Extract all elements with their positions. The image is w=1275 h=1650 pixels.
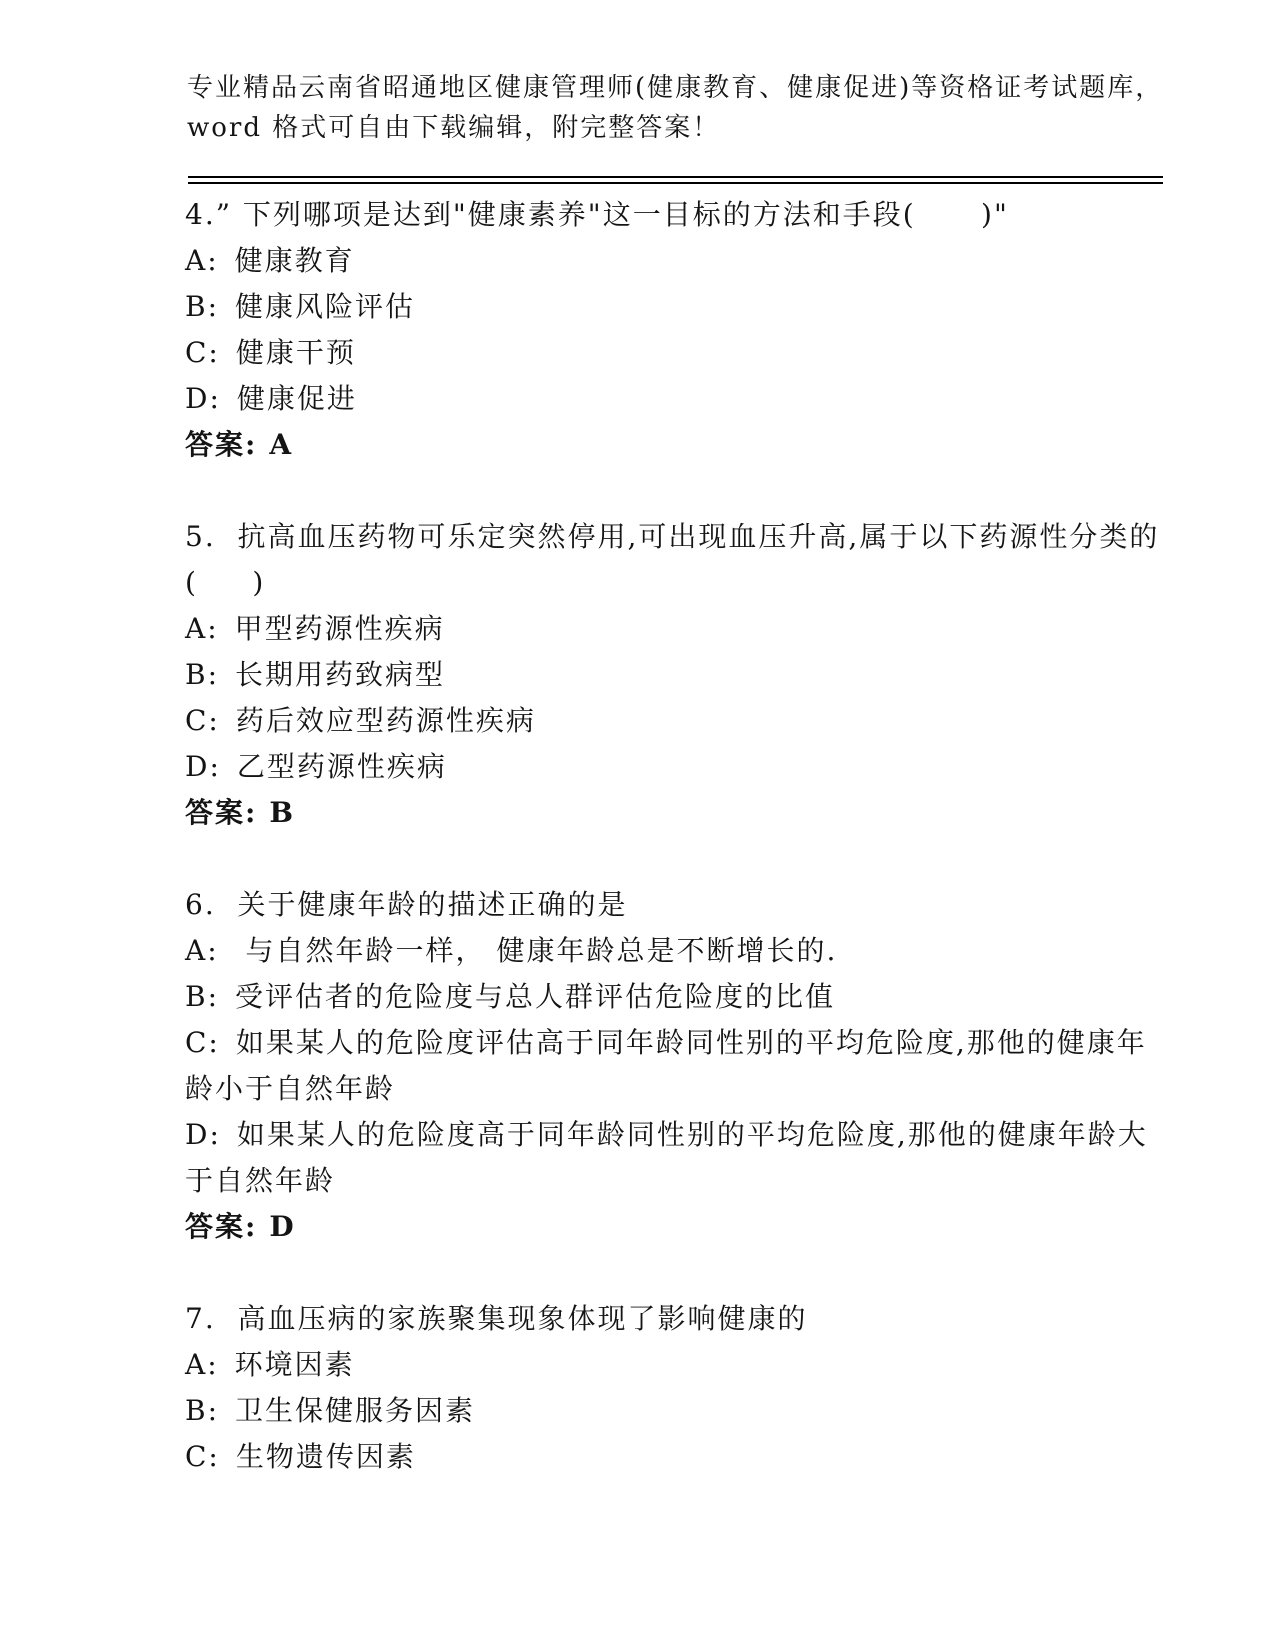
option-label: D: [185,382,221,415]
option-text: 健康促进 [237,382,357,415]
option-text: 如果某人的危险度高于同年龄同性别的平均危险度,那他的健康年龄大于自然年龄 [185,1118,1148,1197]
option-text: 长期用药致病型 [235,658,445,691]
answer-value: B [269,796,295,829]
option-label: A: [185,934,219,967]
header-line-1: 专业精品云南省昭通地区健康管理师(健康教育、健康促进)等资格证考试题库， [187,68,1177,108]
option-text: 健康教育 [235,244,355,277]
option-line: D:如果某人的危险度高于同年龄同性别的平均危险度,那他的健康年龄大于自然年龄 [185,1112,1163,1204]
answer-line: 答案:B [185,790,1163,836]
option-label: B: [185,980,219,1013]
option-line: C:健康干预 [185,330,1163,376]
option-text: 环境因素 [235,1348,355,1381]
option-line: C:生物遗传因素 [185,1434,1163,1480]
option-line: B:受评估者的危险度与总人群评估危险度的比值 [185,974,1163,1020]
option-text: 生物遗传因素 [236,1440,416,1473]
option-line: C:药后效应型药源性疾病 [185,698,1163,744]
question-7: 7. 高血压病的家族聚集现象体现了影响健康的 A:环境因素 B:卫生保健服务因素… [185,1296,1163,1480]
option-text: 受评估者的危险度与总人群评估危险度的比值 [235,980,835,1013]
header-line-2: word 格式可自由下载编辑，附完整答案！ [187,108,1177,148]
option-text: 乙型药源性疾病 [237,750,447,783]
option-label: D: [185,1118,221,1151]
option-line: B:长期用药致病型 [185,652,1163,698]
option-label: C: [185,1026,220,1059]
option-line: A:甲型药源性疾病 [185,606,1163,652]
document-body: 4.” 下列哪项是达到"健康素养"这一目标的方法和手段( )" A:健康教育 B… [185,192,1163,1480]
question-stem: 4.” 下列哪项是达到"健康素养"这一目标的方法和手段( )" [185,192,1163,238]
question-stem: 6. 关于健康年龄的描述正确的是 [185,882,1163,928]
option-line: A: 与自然年龄一样， 健康年龄总是不断增长的. [185,928,1163,974]
answer-value: A [269,428,293,461]
option-text: 健康风险评估 [235,290,415,323]
option-line: B:卫生保健服务因素 [185,1388,1163,1434]
option-text: 卫生保健服务因素 [235,1394,475,1427]
option-label: D: [185,750,221,783]
answer-line: 答案:D [185,1204,1163,1250]
answer-label: 答案: [185,428,257,461]
option-label: C: [185,336,220,369]
option-text: 如果某人的危险度评估高于同年龄同性别的平均危险度,那他的健康年龄小于自然年龄 [185,1026,1147,1105]
option-label: A: [185,612,219,645]
option-label: C: [185,704,220,737]
option-line: A:环境因素 [185,1342,1163,1388]
option-line: C:如果某人的危险度评估高于同年龄同性别的平均危险度,那他的健康年龄小于自然年龄 [185,1020,1163,1112]
option-text: 健康干预 [236,336,356,369]
answer-label: 答案: [185,796,257,829]
option-label: B: [185,658,219,691]
page-header: 专业精品云南省昭通地区健康管理师(健康教育、健康促进)等资格证考试题库， wor… [187,68,1177,148]
question-4: 4.” 下列哪项是达到"健康素养"这一目标的方法和手段( )" A:健康教育 B… [185,192,1163,468]
question-5: 5. 抗高血压药物可乐定突然停用,可出现血压升高,属于以下药源性分类的( ) A… [185,514,1163,836]
option-label: B: [185,1394,219,1427]
option-label: A: [185,244,219,277]
answer-label: 答案: [185,1210,257,1243]
option-line: A:健康教育 [185,238,1163,284]
option-text: 药后效应型药源性疾病 [236,704,536,737]
header-separator-rule [188,176,1163,184]
option-text: 与自然年龄一样， 健康年龄总是不断增长的. [235,934,838,967]
question-stem: 5. 抗高血压药物可乐定突然停用,可出现血压升高,属于以下药源性分类的( ) [185,514,1163,606]
option-line: B:健康风险评估 [185,284,1163,330]
option-label: C: [185,1440,220,1473]
question-6: 6. 关于健康年龄的描述正确的是 A: 与自然年龄一样， 健康年龄总是不断增长的… [185,882,1163,1250]
answer-value: D [269,1210,295,1243]
option-line: D:健康促进 [185,376,1163,422]
document-page: 专业精品云南省昭通地区健康管理师(健康教育、健康促进)等资格证考试题库， wor… [0,0,1275,1650]
question-stem: 7. 高血压病的家族聚集现象体现了影响健康的 [185,1296,1163,1342]
option-text: 甲型药源性疾病 [235,612,445,645]
option-line: D:乙型药源性疾病 [185,744,1163,790]
option-label: B: [185,290,219,323]
option-label: A: [185,1348,219,1381]
answer-line: 答案:A [185,422,1163,468]
